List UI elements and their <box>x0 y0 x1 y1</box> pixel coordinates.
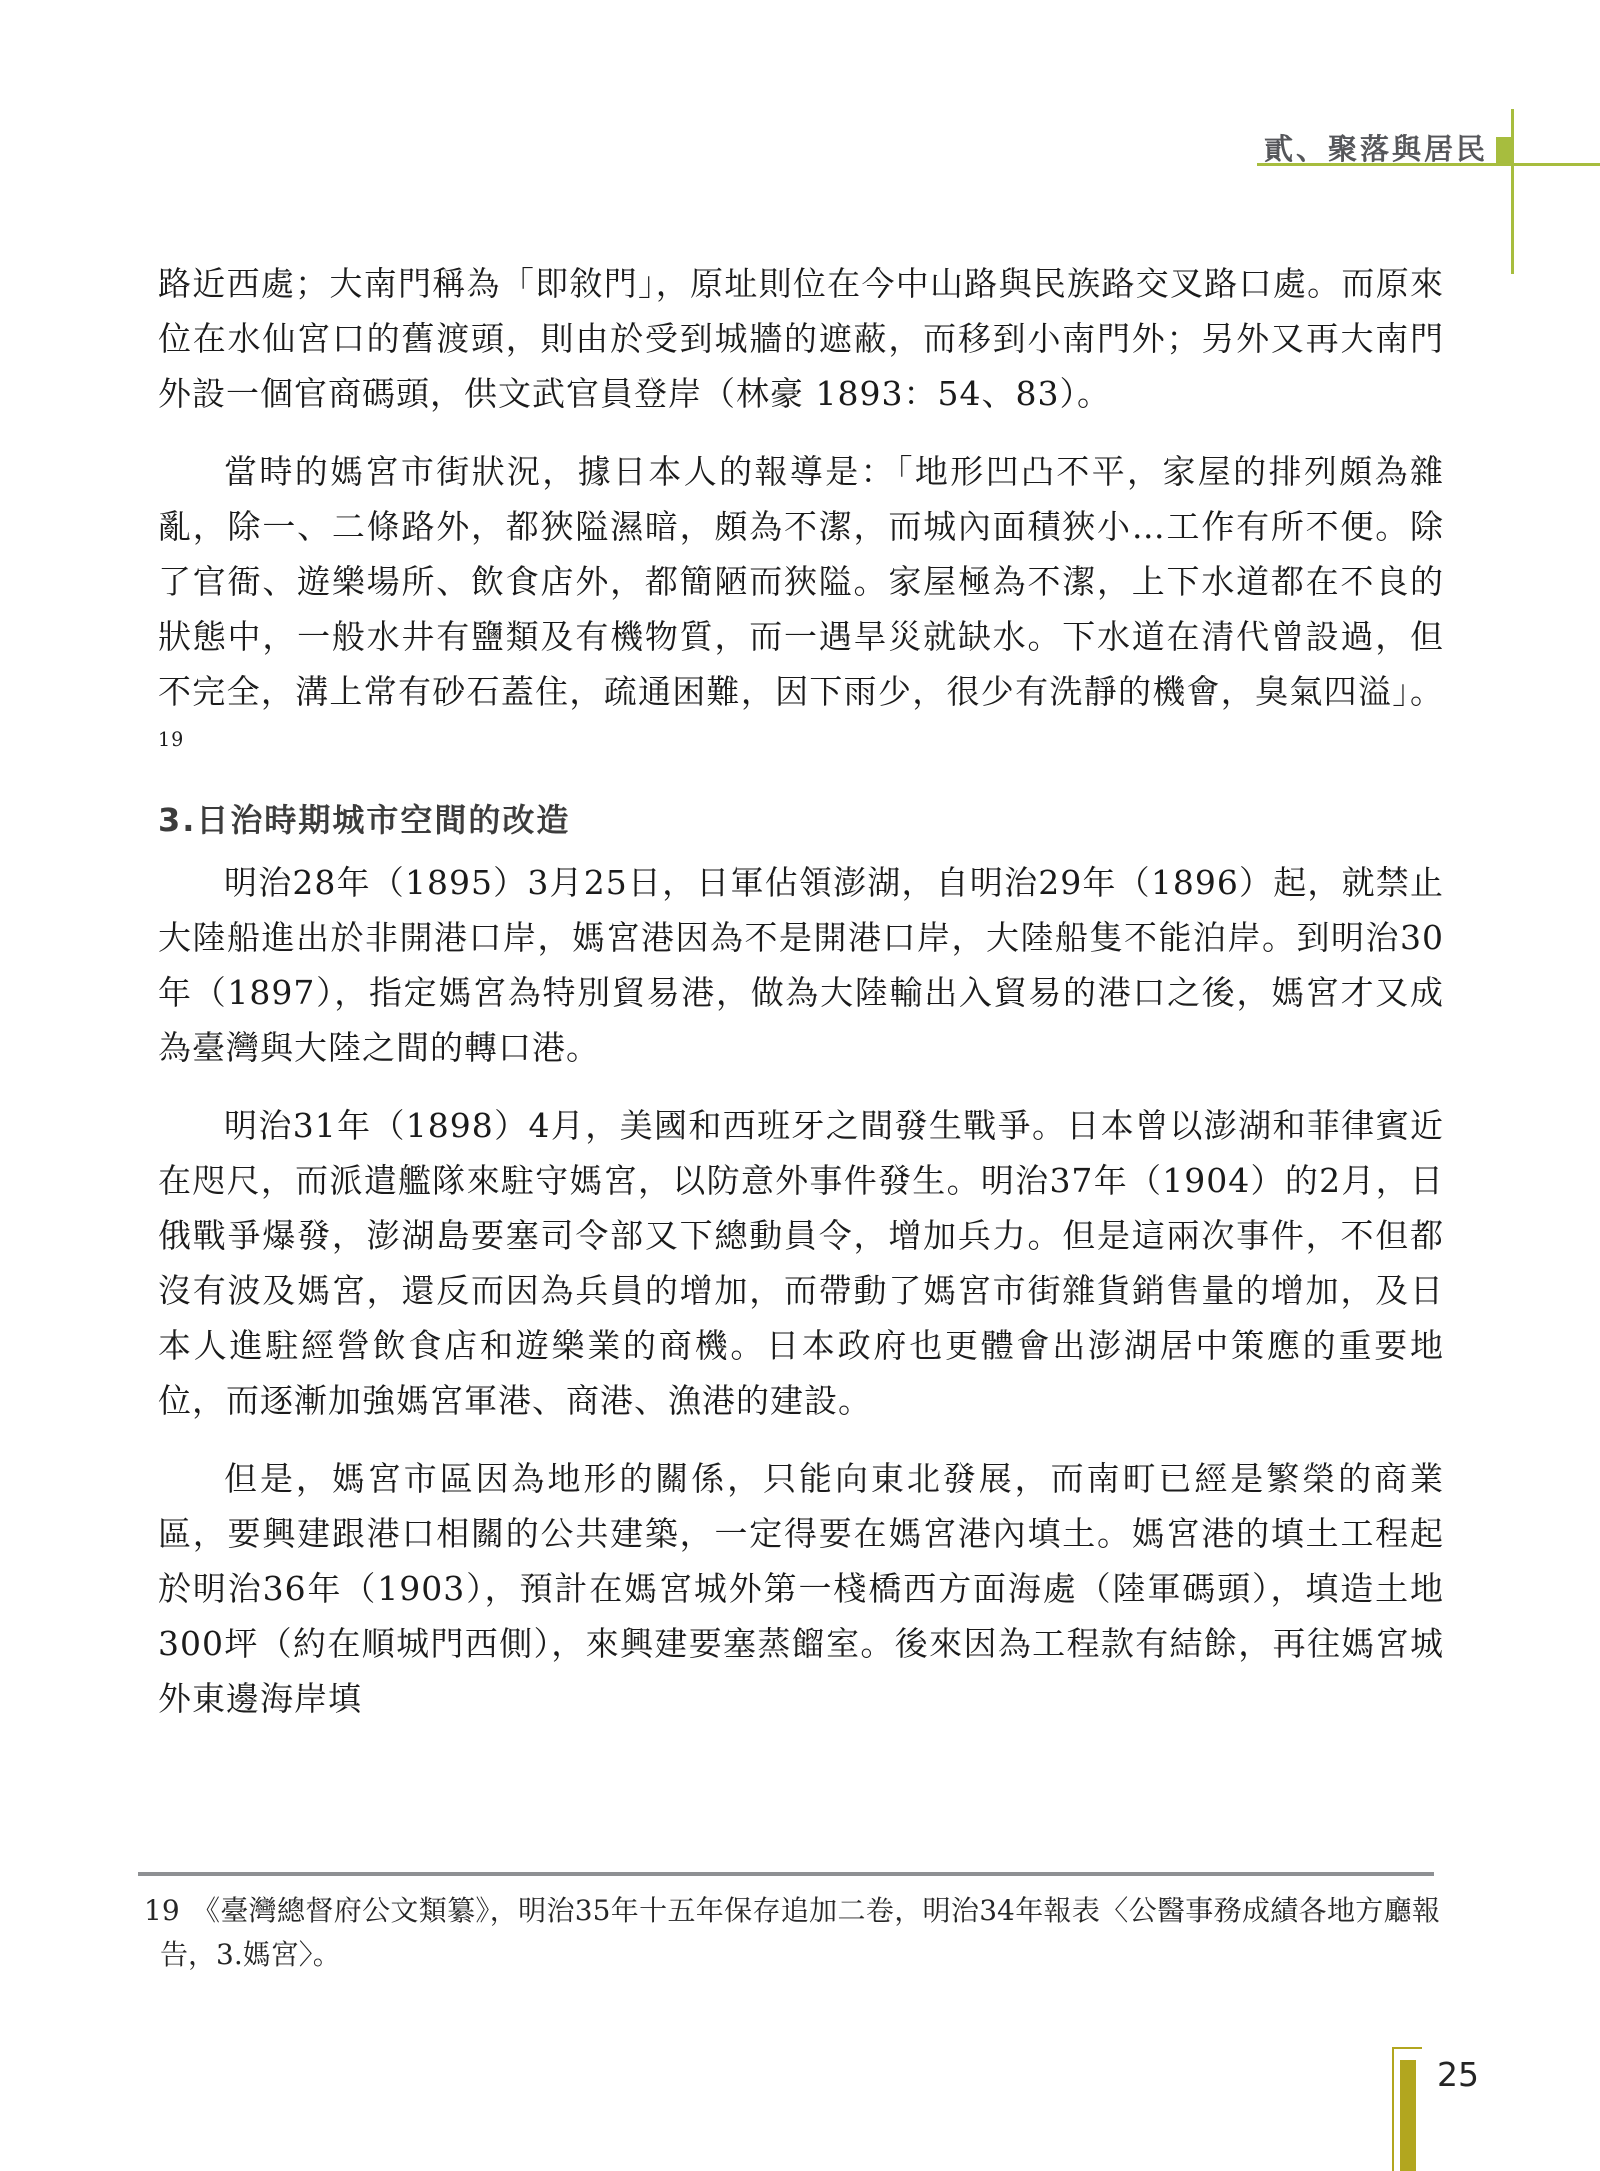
header-vertical-line <box>1511 109 1514 274</box>
paragraph-text: 當時的媽宮市街狀況，據日本人的報導是：「地形凹凸不平，家屋的排列頗為雜亂，除一、… <box>158 452 1444 711</box>
footnote-separator-rule <box>138 1872 1434 1876</box>
footnote-text: 《臺灣總督府公文類纂》，明治35年十五年保存追加二卷，明治34年報表〈公醫事務成… <box>160 1894 1440 1971</box>
footnote-number: 19 <box>144 1894 180 1927</box>
running-header-title: 貳、聚落與居民 <box>1264 127 1488 168</box>
page-number-corner-line-vertical <box>1392 2047 1394 2171</box>
page-number-accent-bar <box>1400 2060 1416 2171</box>
page-number: 25 <box>1437 2055 1479 2094</box>
paragraph: 明治28年（1895）3月25日，日軍佔領澎湖，自明治29年（1896）起，就禁… <box>158 855 1444 1075</box>
footnote-reference: 19 <box>158 728 184 751</box>
footnote: 19《臺灣總督府公文類纂》，明治35年十五年保存追加二卷，明治34年報表〈公醫事… <box>144 1889 1440 1977</box>
book-page: { "document": { "header": { "title": "貳、… <box>0 0 1600 2171</box>
body-text: 路近西處；大南門稱為「即敘門」，原址則位在今中山路與民族路交叉路口處。而原來位在… <box>158 256 1444 1749</box>
page-number-corner-line-horizontal <box>1392 2047 1422 2049</box>
paragraph: 當時的媽宮市街狀況，據日本人的報導是：「地形凹凸不平，家屋的排列頗為雜亂，除一、… <box>158 444 1444 774</box>
paragraph: 明治31年（1898）4月，美國和西班牙之間發生戰爭。日本曾以澎湖和菲律賓近在咫… <box>158 1098 1444 1428</box>
section-heading: 3.日治時期城市空間的改造 <box>158 797 1444 843</box>
header-rule-line <box>1257 163 1600 166</box>
paragraph: 但是，媽宮市區因為地形的關係，只能向東北發展，而南町已經是繁榮的商業區，要興建跟… <box>158 1451 1444 1726</box>
paragraph: 路近西處；大南門稱為「即敘門」，原址則位在今中山路與民族路交叉路口處。而原來位在… <box>158 256 1444 421</box>
